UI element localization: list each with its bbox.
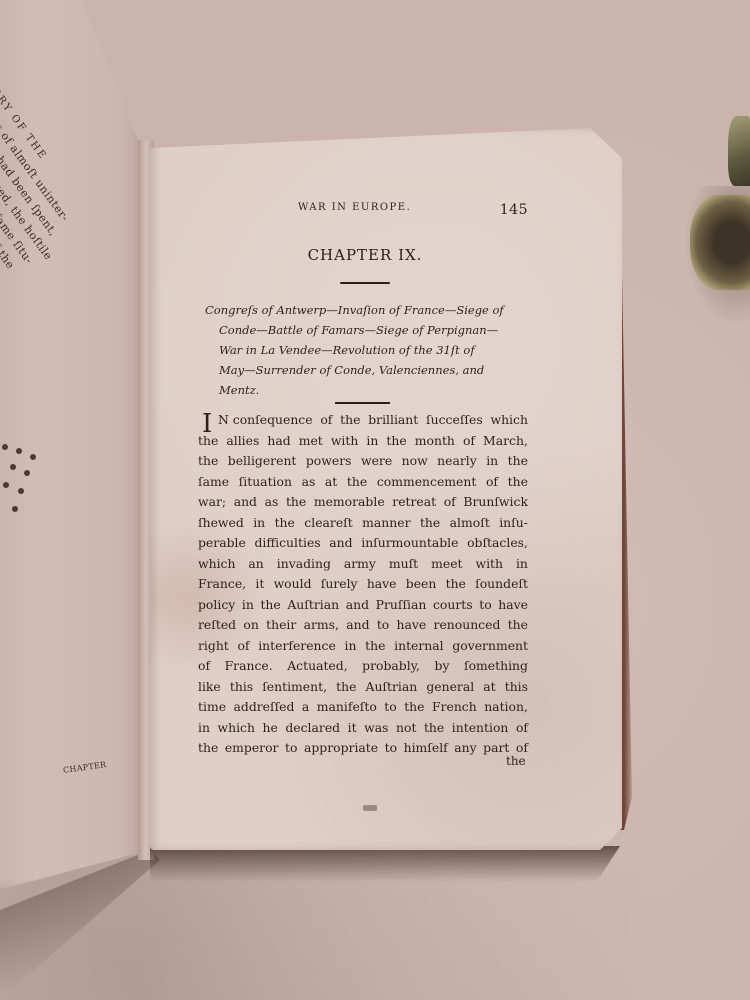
- word: he: [262, 718, 277, 739]
- word: a: [302, 697, 309, 718]
- word: not: [396, 718, 416, 739]
- word: in: [253, 513, 265, 534]
- word: nearly: [437, 451, 477, 472]
- word: have: [498, 595, 528, 616]
- word: to: [385, 738, 397, 759]
- word: France.: [225, 656, 273, 677]
- word: N conſequence: [218, 410, 313, 431]
- word: and: [234, 492, 257, 513]
- body-line: timeaddreſſedamanifeſtototheFrenchnation…: [198, 697, 528, 718]
- summary-line: Congreſs of Antwerp—Invaſion of France—S…: [205, 300, 525, 320]
- body-line: ofFrance.Actuated,probably,byſomething: [198, 656, 528, 677]
- body-line: thebelligerentpowerswerenownearlyinthe: [198, 451, 528, 472]
- word: French: [432, 697, 477, 718]
- word: of: [516, 718, 528, 739]
- word: of: [237, 636, 249, 657]
- word: as: [265, 492, 279, 513]
- word: interference: [258, 636, 336, 657]
- word: Auſtrian: [366, 677, 418, 698]
- word: belligerent: [228, 451, 297, 472]
- summary-line: Conde—Battle of Famars—Siege of Perpigna…: [205, 320, 525, 340]
- word: ſurely: [321, 574, 358, 595]
- running-head-title: WAR IN EUROPE.: [298, 202, 411, 218]
- word: manner: [362, 513, 410, 534]
- word: have: [397, 615, 427, 636]
- body-line: inwhichhedeclareditwasnottheintentionof: [198, 718, 528, 739]
- word: had: [267, 431, 290, 452]
- word: of: [463, 431, 475, 452]
- body-line: theallieshadmetwithinthemonthofMarch,: [198, 431, 528, 452]
- body-line: ſameſituationasatthecommencementofthe: [198, 472, 528, 493]
- word: ſituation: [239, 472, 292, 493]
- body-line: rightofinterferenceintheinternalgovernme…: [198, 636, 528, 657]
- word: in: [242, 595, 254, 616]
- word: commencement: [377, 472, 477, 493]
- word: manifeſto: [317, 697, 377, 718]
- word: ſomething: [464, 656, 528, 677]
- word: ſoundeſt: [475, 574, 528, 595]
- running-head: WAR IN EUROPE. 145: [298, 202, 528, 218]
- word: general: [426, 677, 474, 698]
- section-rule: [335, 402, 390, 404]
- word: brilliant: [368, 410, 418, 431]
- word: renounced: [434, 615, 501, 636]
- word: of: [320, 410, 332, 431]
- word: time: [198, 697, 226, 718]
- word: and: [329, 533, 352, 554]
- word: difficulties: [254, 533, 320, 554]
- word: it: [348, 718, 357, 739]
- word: himſelf: [404, 738, 448, 759]
- word: obſtacles,: [467, 533, 528, 554]
- word: which: [217, 718, 254, 739]
- body-line: likethisſentiment,theAuſtriangeneralatth…: [198, 677, 528, 698]
- word: right: [198, 636, 229, 657]
- word: in: [486, 451, 498, 472]
- word: of: [198, 656, 210, 677]
- body-text: I N conſequenceofthebrilliantſucceſſeswh…: [198, 410, 528, 759]
- word: policy: [198, 595, 235, 616]
- summary-line: Mentz.: [205, 380, 525, 400]
- word: with: [475, 554, 503, 575]
- chapter-title: CHAPTER IX.: [300, 246, 430, 264]
- word: with: [331, 431, 359, 452]
- word: arms,: [304, 615, 339, 636]
- brass-object-top: [728, 116, 750, 186]
- word: been: [406, 574, 437, 595]
- word: meet: [431, 554, 462, 575]
- word: the: [365, 636, 385, 657]
- word: met: [299, 431, 323, 452]
- word: powers: [306, 451, 352, 472]
- word: memorable: [314, 492, 385, 513]
- word: nation,: [484, 697, 528, 718]
- word: of: [486, 472, 498, 493]
- word: an: [248, 554, 263, 575]
- word: the: [508, 615, 528, 636]
- word: ſentiment,: [262, 677, 327, 698]
- word: in: [366, 431, 378, 452]
- word: to: [479, 595, 491, 616]
- word: Auſtrian: [287, 595, 339, 616]
- word: month: [415, 431, 455, 452]
- word: inſu-: [499, 513, 528, 534]
- book-shadow-bottom: [150, 846, 620, 882]
- word: army: [344, 554, 376, 575]
- word: was: [364, 718, 388, 739]
- word: at: [483, 677, 495, 698]
- word: Brunſwick: [463, 492, 528, 513]
- word: and: [346, 595, 369, 616]
- summary-line: War in La Vendee—Revolution of the 31ſt …: [205, 340, 525, 360]
- catchword: the: [506, 754, 526, 768]
- summary-line: May—Surrender of Conde, Valenciennes, an…: [205, 360, 525, 380]
- word: war;: [198, 492, 226, 513]
- page-number: 145: [500, 202, 528, 218]
- word: on: [243, 615, 258, 636]
- word: by: [435, 656, 450, 677]
- word: March,: [483, 431, 528, 452]
- word: their: [266, 615, 296, 636]
- signature-mark: [363, 805, 377, 811]
- word: retreat: [392, 492, 436, 513]
- word: internal: [394, 636, 444, 657]
- word: muſt: [389, 554, 418, 575]
- body-line: reſtedontheirarms,andtohaverenouncedthe: [198, 615, 528, 636]
- word: appropriate: [304, 738, 378, 759]
- word: at: [325, 472, 337, 493]
- word: the: [404, 697, 424, 718]
- word: perable: [198, 533, 246, 554]
- chapter-summary: Congreſs of Antwerp—Invaſion of France—S…: [205, 300, 525, 400]
- body-line: N conſequenceofthebrilliantſucceſſeswhic…: [198, 410, 528, 431]
- word: the: [347, 472, 367, 493]
- body-line: whichaninvadingarmymuſtmeetwithin: [198, 554, 528, 575]
- word: this: [505, 677, 528, 698]
- word: emperor: [225, 738, 279, 759]
- word: it: [255, 574, 264, 595]
- word: inſurmountable: [361, 533, 458, 554]
- word: addreſſed: [234, 697, 295, 718]
- body-line: ſhewedinthecleareſtmannerthealmoſtinſu-: [198, 513, 528, 534]
- word: the: [198, 738, 218, 759]
- word: the: [424, 718, 444, 739]
- word: in: [516, 554, 528, 575]
- word: cleareſt: [304, 513, 352, 534]
- word: would: [274, 574, 312, 595]
- word: the: [446, 574, 466, 595]
- word: the: [508, 472, 528, 493]
- brass-object: [690, 195, 750, 290]
- word: reſted: [198, 615, 236, 636]
- word: now: [402, 451, 428, 472]
- word: allies: [226, 431, 259, 452]
- word: the: [420, 513, 440, 534]
- word: government: [452, 636, 528, 657]
- word: ſucceſſes: [426, 410, 483, 431]
- body-line: theemperortoappropriatetohimſelfanyparto…: [198, 738, 528, 759]
- word: intention: [452, 718, 509, 739]
- word: the: [508, 451, 528, 472]
- word: in: [198, 718, 210, 739]
- word: to: [384, 697, 396, 718]
- word: which: [490, 410, 527, 431]
- word: the: [260, 595, 280, 616]
- word: like: [198, 677, 221, 698]
- body-line: war;andasthememorableretreatofBrunſwick: [198, 492, 528, 513]
- photo-scene: STORY OF THE e months of almoſt uninter-…: [0, 0, 750, 1000]
- word: the: [386, 431, 406, 452]
- word: the: [198, 451, 218, 472]
- word: which: [198, 554, 235, 575]
- word: have: [367, 574, 397, 595]
- body-line: policyintheAuſtrianandPruſſiancourtstoha…: [198, 595, 528, 616]
- word: declared: [285, 718, 340, 739]
- word: ſhewed: [198, 513, 244, 534]
- word: Actuated,: [287, 656, 347, 677]
- asterisk-ornament-icon: [0, 440, 40, 520]
- word: the: [275, 513, 295, 534]
- word: courts: [433, 595, 473, 616]
- word: in: [345, 636, 357, 657]
- word: Pruſſian: [376, 595, 427, 616]
- word: were: [361, 451, 392, 472]
- word: invading: [277, 554, 331, 575]
- word: any: [454, 738, 476, 759]
- word: and: [346, 615, 369, 636]
- word: the: [340, 410, 360, 431]
- word: to: [377, 615, 389, 636]
- word: almoſt: [450, 513, 490, 534]
- word: ſame: [198, 472, 229, 493]
- word: probably,: [362, 656, 420, 677]
- word: to: [285, 738, 297, 759]
- word: the: [336, 677, 356, 698]
- body-line: France,itwouldſurelyhavebeentheſoundeſt: [198, 574, 528, 595]
- ornamental-rule: [340, 282, 390, 284]
- word: France,: [198, 574, 246, 595]
- word: of: [444, 492, 456, 513]
- word: this: [230, 677, 253, 698]
- word: as: [302, 472, 316, 493]
- body-line: perabledifficultiesandinſurmountableobſt…: [198, 533, 528, 554]
- word: the: [286, 492, 306, 513]
